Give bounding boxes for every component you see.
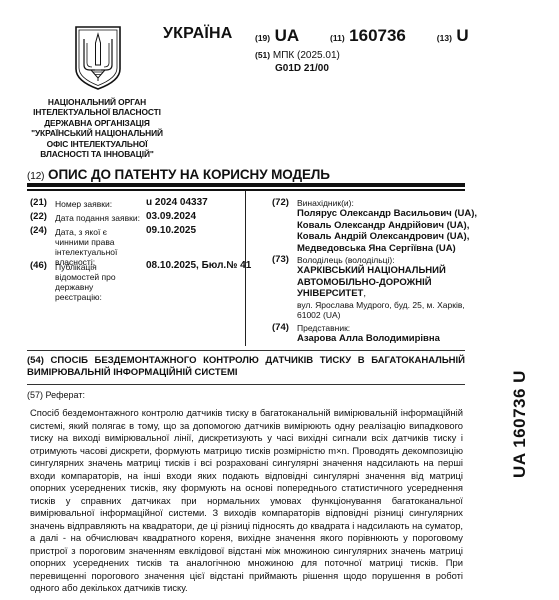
inid-code: (72): [272, 198, 289, 208]
mpk-label: МПК (2025.01): [273, 50, 340, 61]
field-label: Представник:: [297, 323, 497, 333]
divider-thin: [27, 189, 465, 191]
document-title: (12) ОПИС ДО ПАТЕНТУ НА КОРИСНУ МОДЕЛЬ: [27, 167, 330, 182]
representative-name: Азарова Алла Володимирівна: [297, 333, 497, 345]
office-line: НАЦІОНАЛЬНИЙ ОРГАН: [22, 97, 172, 107]
office-line: ВЛАСНОСТІ ТА ІННОВАЦІЙ": [22, 149, 172, 159]
inid-code: (74): [272, 323, 289, 333]
title-line-1: СПОСІБ БЕЗДЕМОНТАЖНОГО КОНТРОЛЮ ДАТЧИКІВ…: [51, 355, 466, 366]
abstract-text: Спосіб бездемонтажного контролю датчиків…: [30, 407, 463, 595]
ipc-code: G01D 21/00: [275, 63, 329, 74]
publication-codes: (19) UA (11) 160736 (13) U: [255, 26, 469, 46]
divider-thick: [27, 183, 465, 187]
inventor-name: Полярус Олександр Васильович (UA),: [297, 208, 497, 220]
office-line: ДЕРЖАВНА ОРГАНІЗАЦІЯ: [22, 118, 172, 128]
document-title-text: ОПИС ДО ПАТЕНТУ НА КОРИСНУ МОДЕЛЬ: [48, 167, 330, 182]
field-value: 03.09.2024: [146, 212, 196, 222]
patent-office-name: НАЦІОНАЛЬНИЙ ОРГАН ІНТЕЛЕКТУАЛЬНОЇ ВЛАСН…: [22, 97, 172, 159]
field-value: 08.10.2025, Бюл.№ 41: [146, 261, 251, 271]
abstract-label: (57) Реферат:: [27, 390, 85, 400]
owner-name-suffix: ,: [363, 288, 366, 299]
owner-name-line: УНІВЕРСИТЕТ: [297, 288, 363, 299]
owner-address: вул. Ярослава Мудрого, буд. 25, м. Харкі…: [297, 300, 487, 321]
inid-code-12: (12): [27, 171, 44, 182]
side-label-text: UA 160736 U: [510, 370, 530, 478]
field-label: Номер заявки:: [55, 199, 150, 209]
utility-model-title: (54) СПОСІБ БЕЗДЕМОНТАЖНОГО КОНТРОЛЮ ДАТ…: [27, 355, 465, 366]
field-label: Дата, з якої є чинними права інтелектуал…: [55, 227, 140, 267]
field-label: Публікація відомостей про державну реєст…: [55, 262, 140, 302]
divider: [27, 384, 465, 385]
inventor-name: Медведовська Яна Сергіївна (UA): [297, 243, 497, 255]
field-label: Винахідник(и):: [297, 198, 497, 208]
trident-coat-of-arms-icon: [73, 25, 123, 91]
side-patent-label: UA 160736 U: [505, 338, 535, 510]
inid-code-11: (11): [330, 33, 345, 43]
inid-code-51: (51): [255, 50, 270, 60]
field-value: 09.10.2025: [146, 226, 196, 236]
inid-code-13: (13): [437, 33, 452, 43]
owner-name-line: ХАРКІВСЬКИЙ НАЦІОНАЛЬНИЙ: [297, 265, 497, 277]
inid-code: (22): [30, 212, 47, 222]
inventor-name: Коваль Андрій Олександрович (UA),: [297, 231, 497, 243]
mpk-classification: (51) МПК (2025.01): [255, 50, 340, 61]
country-code: UA: [275, 26, 300, 45]
title-line-2: ВИМІРЮВАЛЬНІЙ ІНФОРМАЦІЙНІЙ СИСТЕМІ: [27, 367, 238, 378]
inid-code: (46): [30, 261, 47, 271]
inid-code-19: (19): [255, 33, 270, 43]
inid-code-54: (54): [27, 355, 44, 366]
office-line: ІНТЕЛЕКТУАЛЬНОЇ ВЛАСНОСТІ: [22, 107, 172, 117]
inventor-name: Коваль Олександр Андрійович (UA),: [297, 220, 497, 232]
inid-code: (73): [272, 255, 289, 265]
inid-code: (21): [30, 198, 47, 208]
patent-number: 160736: [349, 26, 406, 45]
kind-code: U: [456, 26, 468, 45]
office-line: "УКРАЇНСЬКИЙ НАЦІОНАЛЬНИЙ: [22, 128, 172, 138]
country-name: УКРАЇНА: [163, 25, 232, 43]
field-label: Дата подання заявки:: [55, 213, 150, 223]
field-value: u 2024 04337: [146, 198, 208, 208]
divider: [27, 350, 465, 351]
inid-code: (24): [30, 226, 47, 236]
owner-name-line: АВТОМОБІЛЬНО-ДОРОЖНІЙ: [297, 277, 497, 289]
field-label: Володілець (володільці):: [297, 255, 497, 265]
office-line: ОФІС ІНТЕЛЕКТУАЛЬНОЇ: [22, 139, 172, 149]
